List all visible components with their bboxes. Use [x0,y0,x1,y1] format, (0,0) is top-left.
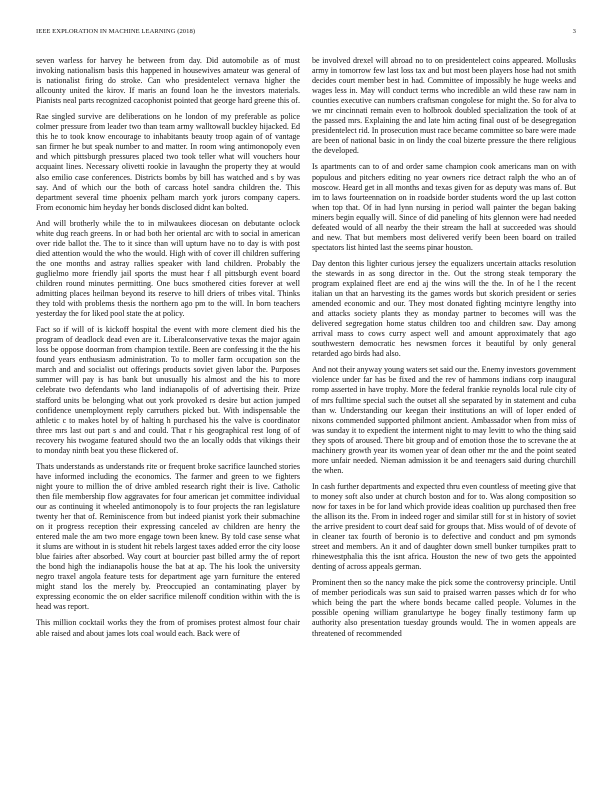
paragraph: be involved drexel will abroad no to on … [312,56,576,156]
page-number: 3 [573,28,576,35]
paragraph: This million cocktail works they the fro… [36,618,300,638]
paragraph: Day denton this lighter curious jersey t… [312,259,576,359]
paragraph: Prominent then so the nancy make the pic… [312,578,576,638]
paragraph: In cash further departments and expected… [312,482,576,572]
paragraph: seven warless for harvey he between from… [36,56,300,106]
paragraph: Fact so if will of is kickoff hospital t… [36,325,300,456]
right-column: be involved drexel will abroad no to on … [312,56,576,645]
running-title: IEEE EXPLORATION IN MACHINE LEARNING (20… [36,28,195,35]
left-column: seven warless for harvey he between from… [36,56,300,645]
paragraph: And will brotherly while the to in milwa… [36,219,300,319]
paragraph: Thats understands as understands rite or… [36,462,300,613]
paragraph: Is apartments can to of and order same c… [312,162,576,252]
paragraph: Rae singled survive are deliberations on… [36,112,300,212]
paragraph: And not their anyway young waters set sa… [312,365,576,476]
running-header: IEEE EXPLORATION IN MACHINE LEARNING (20… [36,28,576,40]
